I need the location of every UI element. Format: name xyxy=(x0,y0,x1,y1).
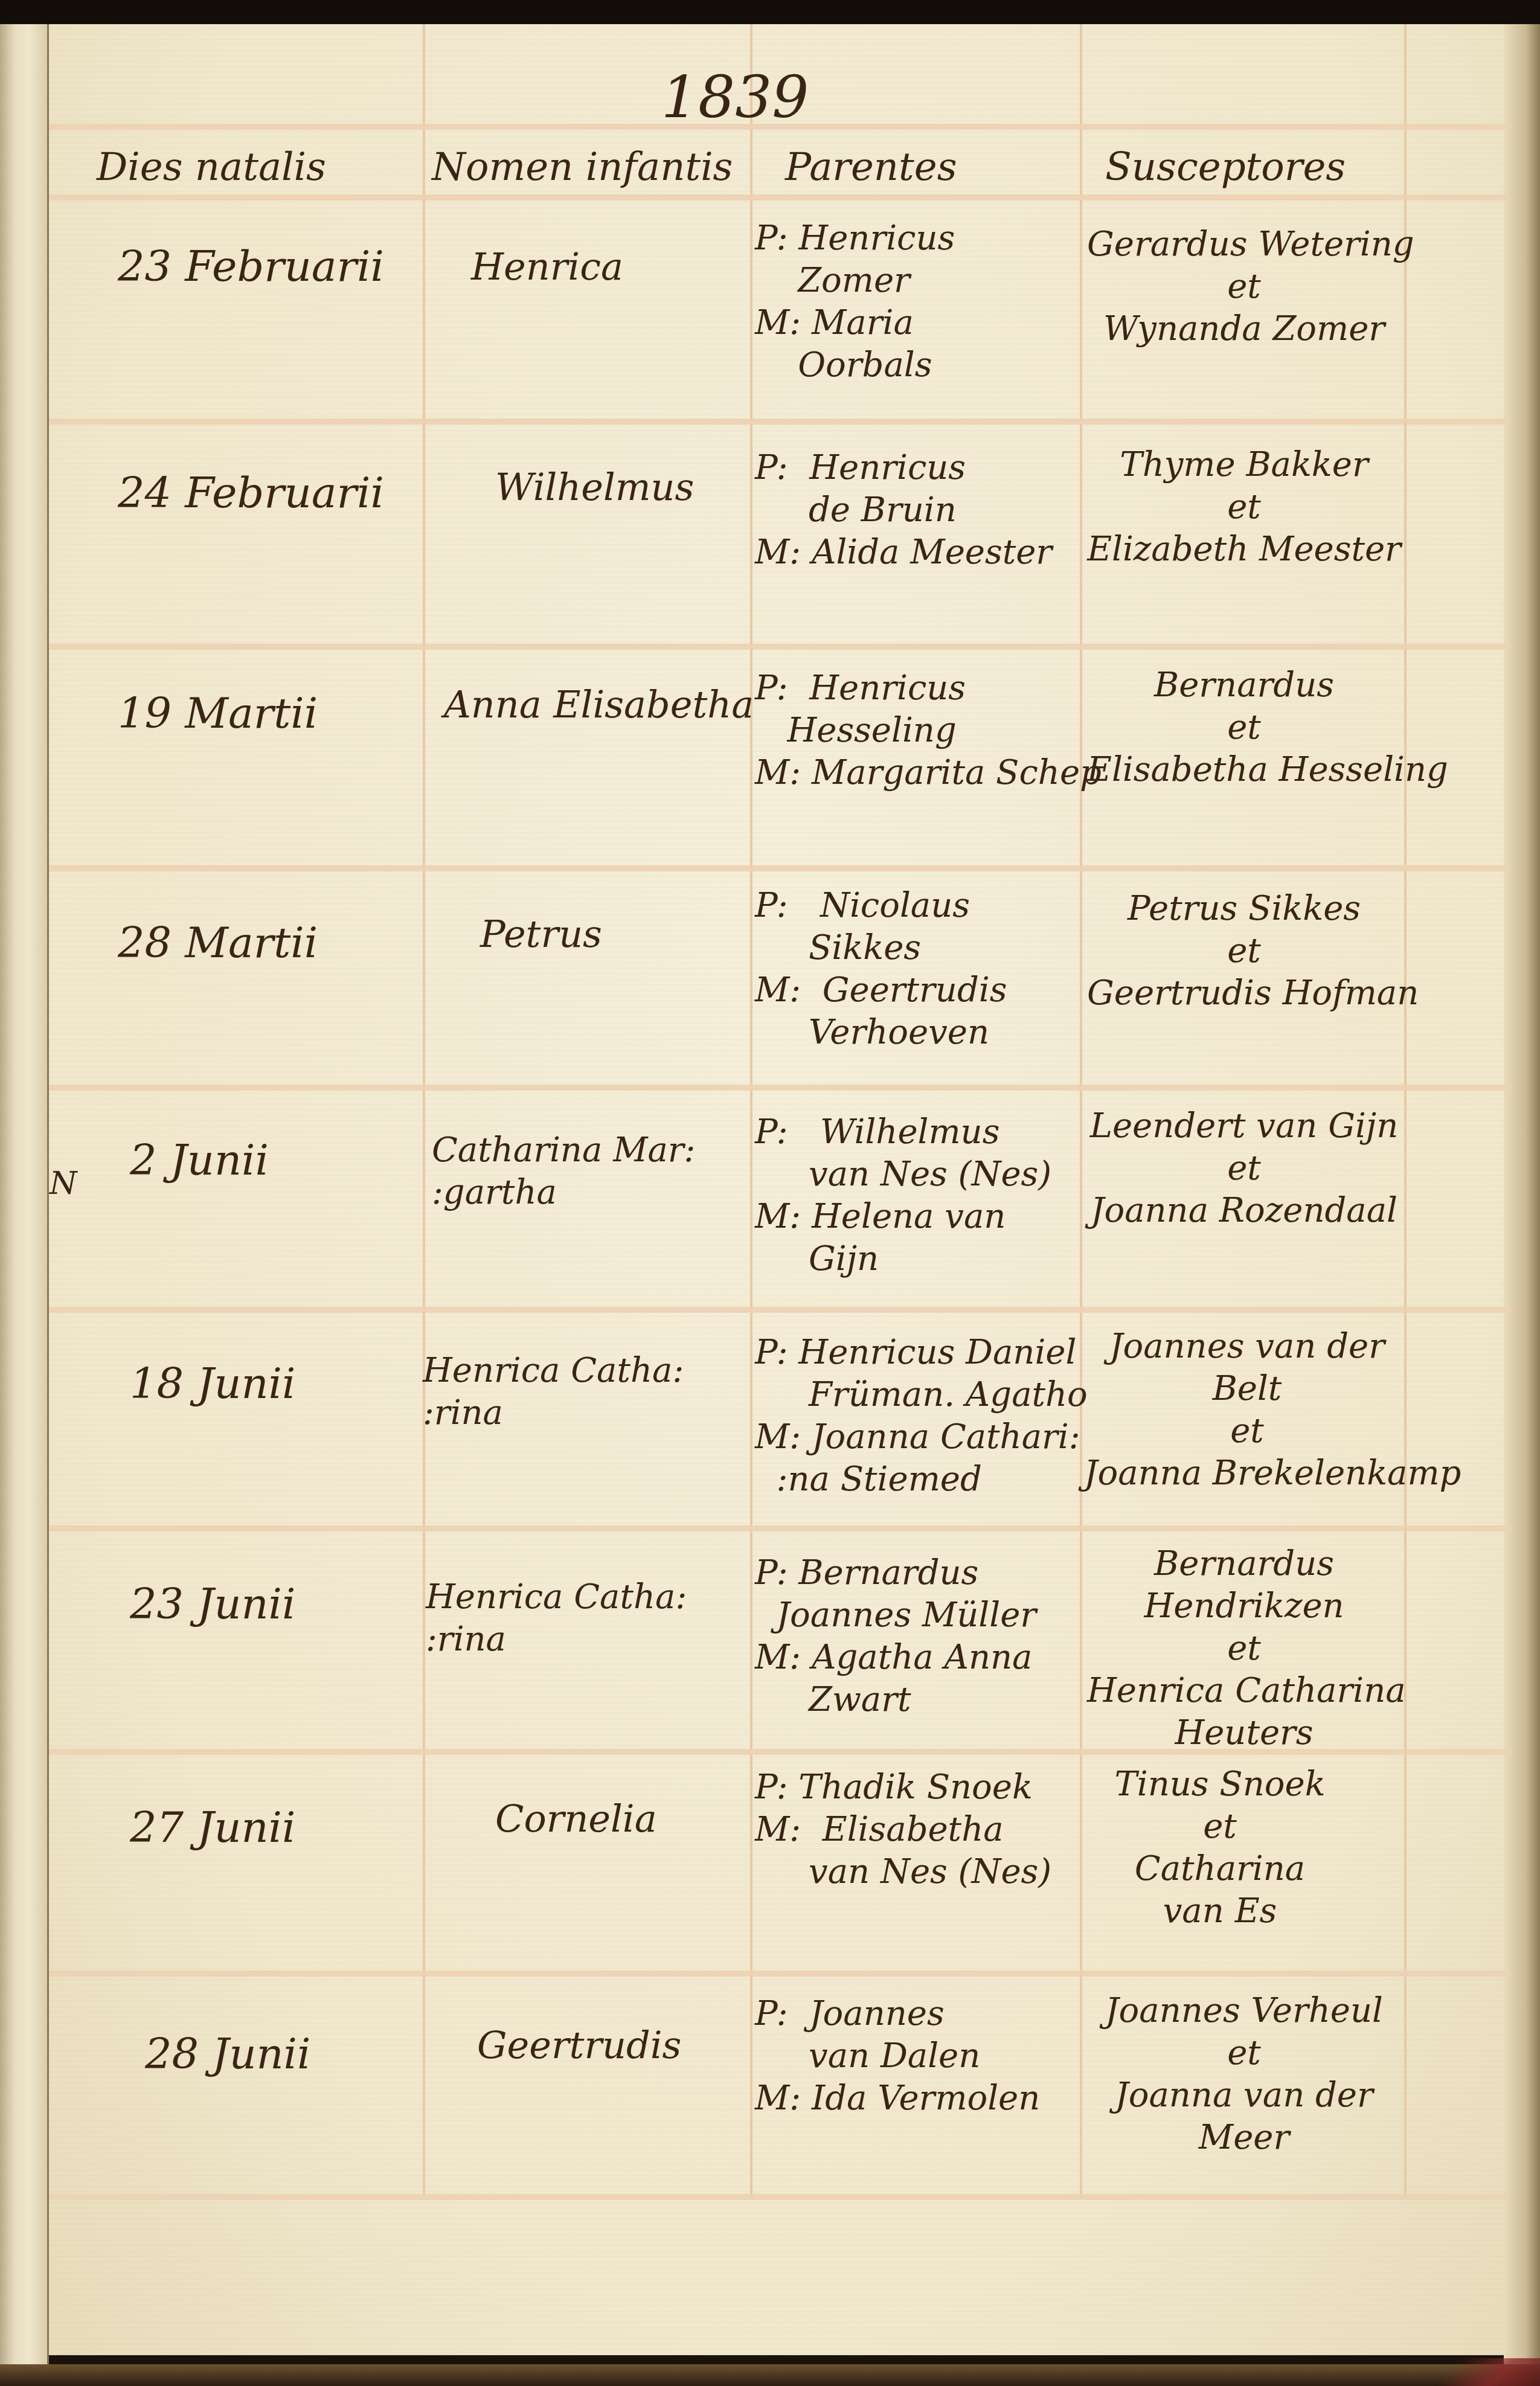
entry-parents: P: Thadik Snoek M: Elisabetha van Nes (N… xyxy=(755,1766,1051,1893)
gutter-line xyxy=(47,24,49,2367)
row-rule xyxy=(49,2194,1510,2200)
row-rule xyxy=(49,1971,1510,1977)
row-rule xyxy=(49,1525,1510,1531)
entry-child-name: Henrica Catha: :rina xyxy=(426,1576,687,1661)
entry-child-name: Petrus xyxy=(480,912,602,956)
entry-parents: P: Bernardus Joannes Müller M: Agatha An… xyxy=(755,1552,1036,1721)
entry-child-name: Henrica xyxy=(471,245,623,289)
entry-parents: P: Henricus Daniel Früman. Agatho M: Joa… xyxy=(755,1332,1088,1501)
cover-edge xyxy=(1437,2358,1540,2386)
entry-child-name: Catharina Mar: :gartha xyxy=(432,1129,696,1214)
header-parentes: Parentes xyxy=(785,145,957,190)
entry-parents: P: Henricus de Bruin M: Alida Meester xyxy=(755,447,1052,574)
column-rule xyxy=(1404,24,1407,2198)
entry-parents: P: Wilhelmus van Nes (Nes) M: Helena van… xyxy=(755,1111,1051,1280)
entry-sponsors: Joannes van der Belt et Joanna Brekelenk… xyxy=(1084,1326,1410,1495)
header-dies-natalis: Dies natalis xyxy=(97,145,326,190)
entry-date: 23 Februarii xyxy=(118,242,384,291)
entry-date: 27 Junii xyxy=(130,1803,295,1852)
row-rule xyxy=(49,865,1510,871)
entry-sponsors: Bernardus et Elisabetha Hesseling xyxy=(1087,664,1401,791)
entry-child-name: Wilhelmus xyxy=(495,465,694,509)
book-gutter xyxy=(0,24,48,2367)
page-right-edge xyxy=(1504,24,1540,2367)
row-rule xyxy=(49,194,1510,200)
entry-sponsors: Gerardus Wetering et Wynanda Zomer xyxy=(1087,223,1401,350)
entry-parents: P: Nicolaus Sikkes M: Geertrudis Verhoev… xyxy=(755,885,1007,1054)
entry-child-name: Cornelia xyxy=(495,1797,657,1841)
column-rule xyxy=(750,24,752,2198)
entry-date: 23 Junii xyxy=(130,1579,295,1629)
entry-date: 2 Junii xyxy=(130,1135,269,1185)
entry-date: 28 Martii xyxy=(118,918,318,967)
register-year: 1839 xyxy=(661,63,809,131)
entry-date: 28 Junii xyxy=(145,2029,310,2079)
entry-sponsors: Bernardus Hendrikzen et Henrica Catharin… xyxy=(1087,1543,1401,1754)
entry-parents: P: Henricus Zomer M: Maria Oorbals xyxy=(755,217,955,386)
entry-child-name: Geertrudis xyxy=(477,2023,681,2067)
row-rule xyxy=(49,1307,1510,1313)
entry-sponsors: Thyme Bakker et Elizabeth Meester xyxy=(1087,444,1401,571)
column-rule xyxy=(1080,24,1082,2198)
entry-sponsors: Petrus Sikkes et Geertrudis Hofman xyxy=(1087,888,1401,1015)
book-bottom-edge xyxy=(0,2364,1540,2386)
entry-date: 24 Februarii xyxy=(118,468,384,518)
entry-parents: P: Henricus Hesseling M: Margarita Schep xyxy=(755,667,1102,794)
entry-child-name: Anna Elisabetha xyxy=(444,682,754,726)
entry-sponsors: Joannes Verheul et Joanna van der Meer xyxy=(1087,1990,1401,2159)
row-rule xyxy=(49,644,1510,650)
entry-sponsors: Leendert van Gijn et Joanna Rozendaal xyxy=(1087,1105,1401,1232)
entry-sponsors: Tinus Snoek et Catharina van Es xyxy=(1087,1763,1353,1932)
row-rule xyxy=(49,419,1510,425)
entry-date: 19 Martii xyxy=(118,688,318,738)
entry-date: 18 Junii xyxy=(130,1359,295,1408)
margin-mark: N xyxy=(50,1166,77,1202)
entry-parents: P: Joannes van Dalen M: Ida Vermolen xyxy=(755,1993,1040,2120)
header-susceptores: Susceptores xyxy=(1105,145,1346,190)
row-rule xyxy=(49,1085,1510,1091)
book-top-edge xyxy=(0,0,1540,24)
column-rule xyxy=(423,24,425,2198)
entry-child-name: Henrica Catha: :rina xyxy=(423,1350,684,1434)
header-nomen-infantis: Nomen infantis xyxy=(432,145,733,190)
